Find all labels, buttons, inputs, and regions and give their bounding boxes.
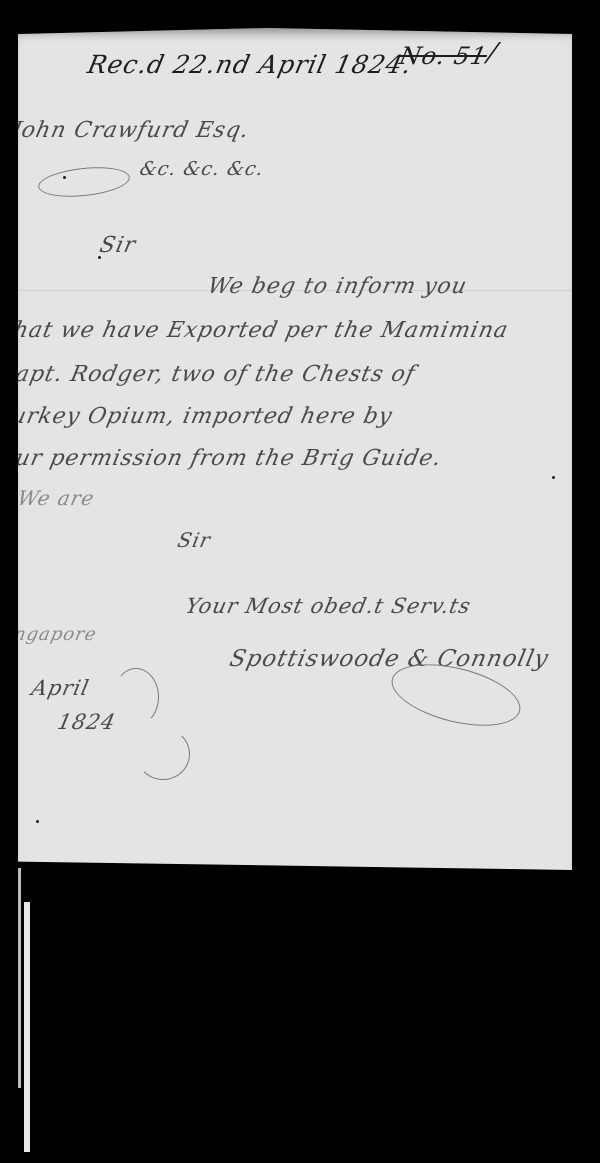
flourish-swirl bbox=[37, 163, 131, 200]
body-line: We are bbox=[15, 486, 97, 510]
body-line: that we have Exported per the Mamimina bbox=[1, 318, 510, 343]
place: Singapore bbox=[0, 624, 99, 645]
ink-speck bbox=[63, 176, 66, 179]
complimentary-close: Your Most obed.t Serv.ts bbox=[183, 594, 473, 618]
ink-speck bbox=[552, 476, 555, 479]
addressee-name: John Crawfurd Esq. bbox=[9, 118, 251, 143]
closing-salutation: Sir bbox=[175, 528, 213, 552]
document-number: No. 51 bbox=[397, 42, 490, 70]
body-line: We beg to inform you bbox=[205, 274, 469, 299]
body-line: your permission from the Brig Guide. bbox=[0, 446, 444, 471]
signature: Spottiswoode & Connolly bbox=[227, 646, 551, 672]
salutation: Sir bbox=[97, 233, 138, 258]
bracket-flourish bbox=[113, 668, 159, 726]
page-edge bbox=[24, 902, 30, 1152]
page-edge bbox=[18, 868, 21, 1088]
addressee-title: &c. &c. &c. bbox=[138, 158, 267, 180]
letter-page: Rec.d 22.nd April 1824. No. 51 / John Cr… bbox=[18, 28, 572, 870]
ink-speck bbox=[36, 820, 39, 823]
received-date: Rec.d 22.nd April 1824. bbox=[85, 50, 415, 79]
date-month: April bbox=[29, 676, 91, 700]
ink-speck bbox=[98, 256, 101, 259]
body-line: Capt. Rodger, two of the Chests of bbox=[0, 362, 418, 387]
bracket-flourish bbox=[136, 728, 190, 780]
body-line: Turkey Opium, imported here by bbox=[0, 404, 395, 429]
date-year: 1824 bbox=[55, 710, 118, 734]
